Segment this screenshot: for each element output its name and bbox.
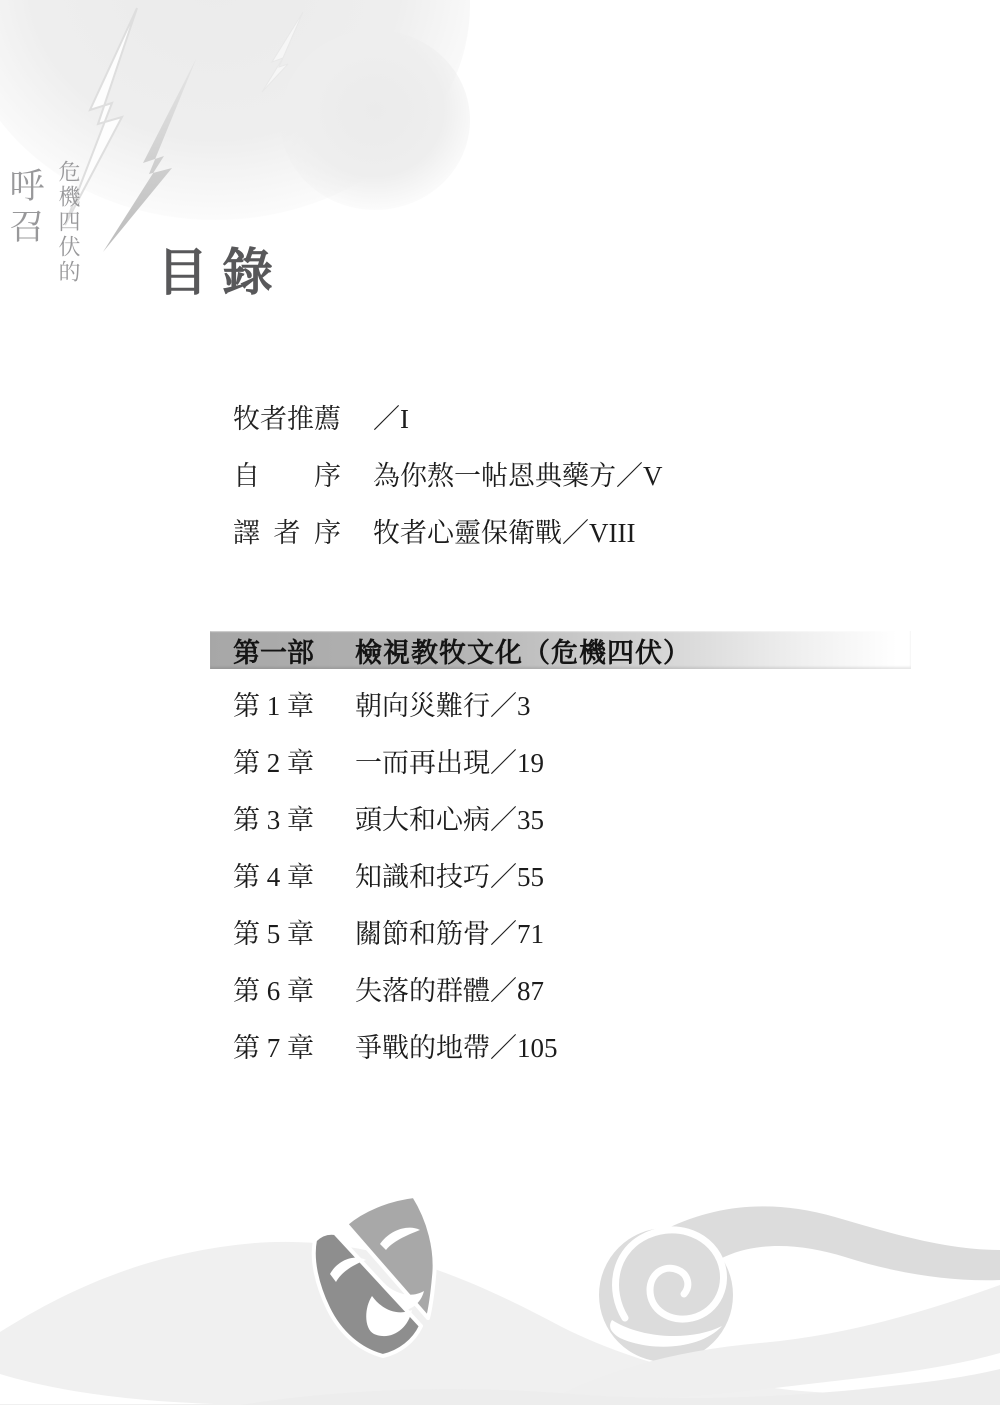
entry-title: ／I (373, 406, 409, 433)
chapter-label: 第 7 章 (233, 1034, 355, 1062)
theater-masks-icon (314, 1196, 435, 1356)
wave-swirl-icon (599, 1228, 733, 1362)
toc-entry: 自序 為你熬一帖恩典藥方／V (233, 463, 663, 490)
part-title: 檢視教牧文化（危機四伏） (355, 631, 691, 670)
mask-front-eye (330, 1258, 366, 1282)
mask-front-mouth (366, 1296, 412, 1336)
entry-label: 譯者序 (233, 520, 341, 547)
mask-back (346, 1196, 435, 1318)
chapter-label: 第 1 章 (233, 692, 355, 720)
entry-label: 牧者推薦 (233, 406, 341, 433)
chapter-title: 爭戰的地帶／105 (355, 1034, 558, 1062)
cloud-shape (280, 30, 470, 210)
entry-title: 牧者心靈保衛戰／VIII (373, 520, 635, 547)
toc-entry: 第 5 章 關節和筋骨／71 (233, 920, 558, 948)
part-heading-bar: 第一部 檢視教牧文化（危機四伏） (210, 631, 911, 669)
chapter-list: 第 1 章 朝向災難行／3 第 2 章 一而再出現／19 第 3 章 頭大和心病… (233, 692, 558, 1091)
series-title-large: 呼召 (2, 167, 46, 285)
wave-band (540, 1285, 1000, 1405)
lightning-icon (103, 57, 197, 252)
toc-page: 危機四伏的 呼召 目錄 牧者推薦 ／I 自序 為你熬一帖恩典藥方／V 譯者序 牧… (0, 0, 1000, 1405)
mask-back-mouth (382, 1283, 424, 1311)
chapter-title: 朝向災難行／3 (355, 692, 531, 720)
wave-band (240, 1369, 1000, 1405)
chapter-title: 知識和技巧／55 (355, 863, 544, 891)
series-title-vertical: 危機四伏的 呼召 (46, 160, 90, 285)
toc-entry: 第 2 章 一而再出現／19 (233, 749, 558, 777)
swirl-spiral (616, 1230, 724, 1319)
chapter-label: 第 4 章 (233, 863, 355, 891)
toc-entry: 第 6 章 失落的群體／87 (233, 977, 558, 1005)
wave-gap (0, 1374, 215, 1404)
front-matter-list: 牧者推薦 ／I 自序 為你熬一帖恩典藥方／V 譯者序 牧者心靈保衛戰／VIII (233, 406, 663, 577)
chapter-title: 失落的群體／87 (355, 977, 544, 1005)
chapter-title: 一而再出現／19 (355, 749, 544, 777)
mask-back-eye (380, 1228, 420, 1250)
wave-swirl-icon (622, 1206, 1000, 1323)
chapter-title: 關節和筋骨／71 (355, 920, 544, 948)
toc-entry: 第 3 章 頭大和心病／35 (233, 806, 558, 834)
toc-entry: 第 7 章 爭戰的地帶／105 (233, 1034, 558, 1062)
lightning-icon (262, 12, 303, 92)
entry-title: 為你熬一帖恩典藥方／V (373, 463, 663, 490)
chapter-title: 頭大和心病／35 (355, 806, 544, 834)
toc-entry: 牧者推薦 ／I (233, 406, 663, 433)
part-label: 第一部 (233, 631, 355, 670)
series-title-small: 危機四伏的 (56, 160, 81, 285)
swirl-tail (610, 1320, 722, 1347)
toc-entry: 第 1 章 朝向災難行／3 (233, 692, 558, 720)
page-title: 目錄 (157, 247, 287, 298)
bottom-decoration (0, 1145, 1000, 1405)
wave-band (0, 1242, 1000, 1405)
entry-label: 自序 (233, 463, 341, 490)
toc-entry: 第 4 章 知識和技巧／55 (233, 863, 558, 891)
chapter-label: 第 5 章 (233, 920, 355, 948)
chapter-label: 第 6 章 (233, 977, 355, 1005)
chapter-label: 第 3 章 (233, 806, 355, 834)
toc-entry: 譯者序 牧者心靈保衛戰／VIII (233, 520, 663, 547)
chapter-label: 第 2 章 (233, 749, 355, 777)
mask-front (314, 1233, 421, 1356)
